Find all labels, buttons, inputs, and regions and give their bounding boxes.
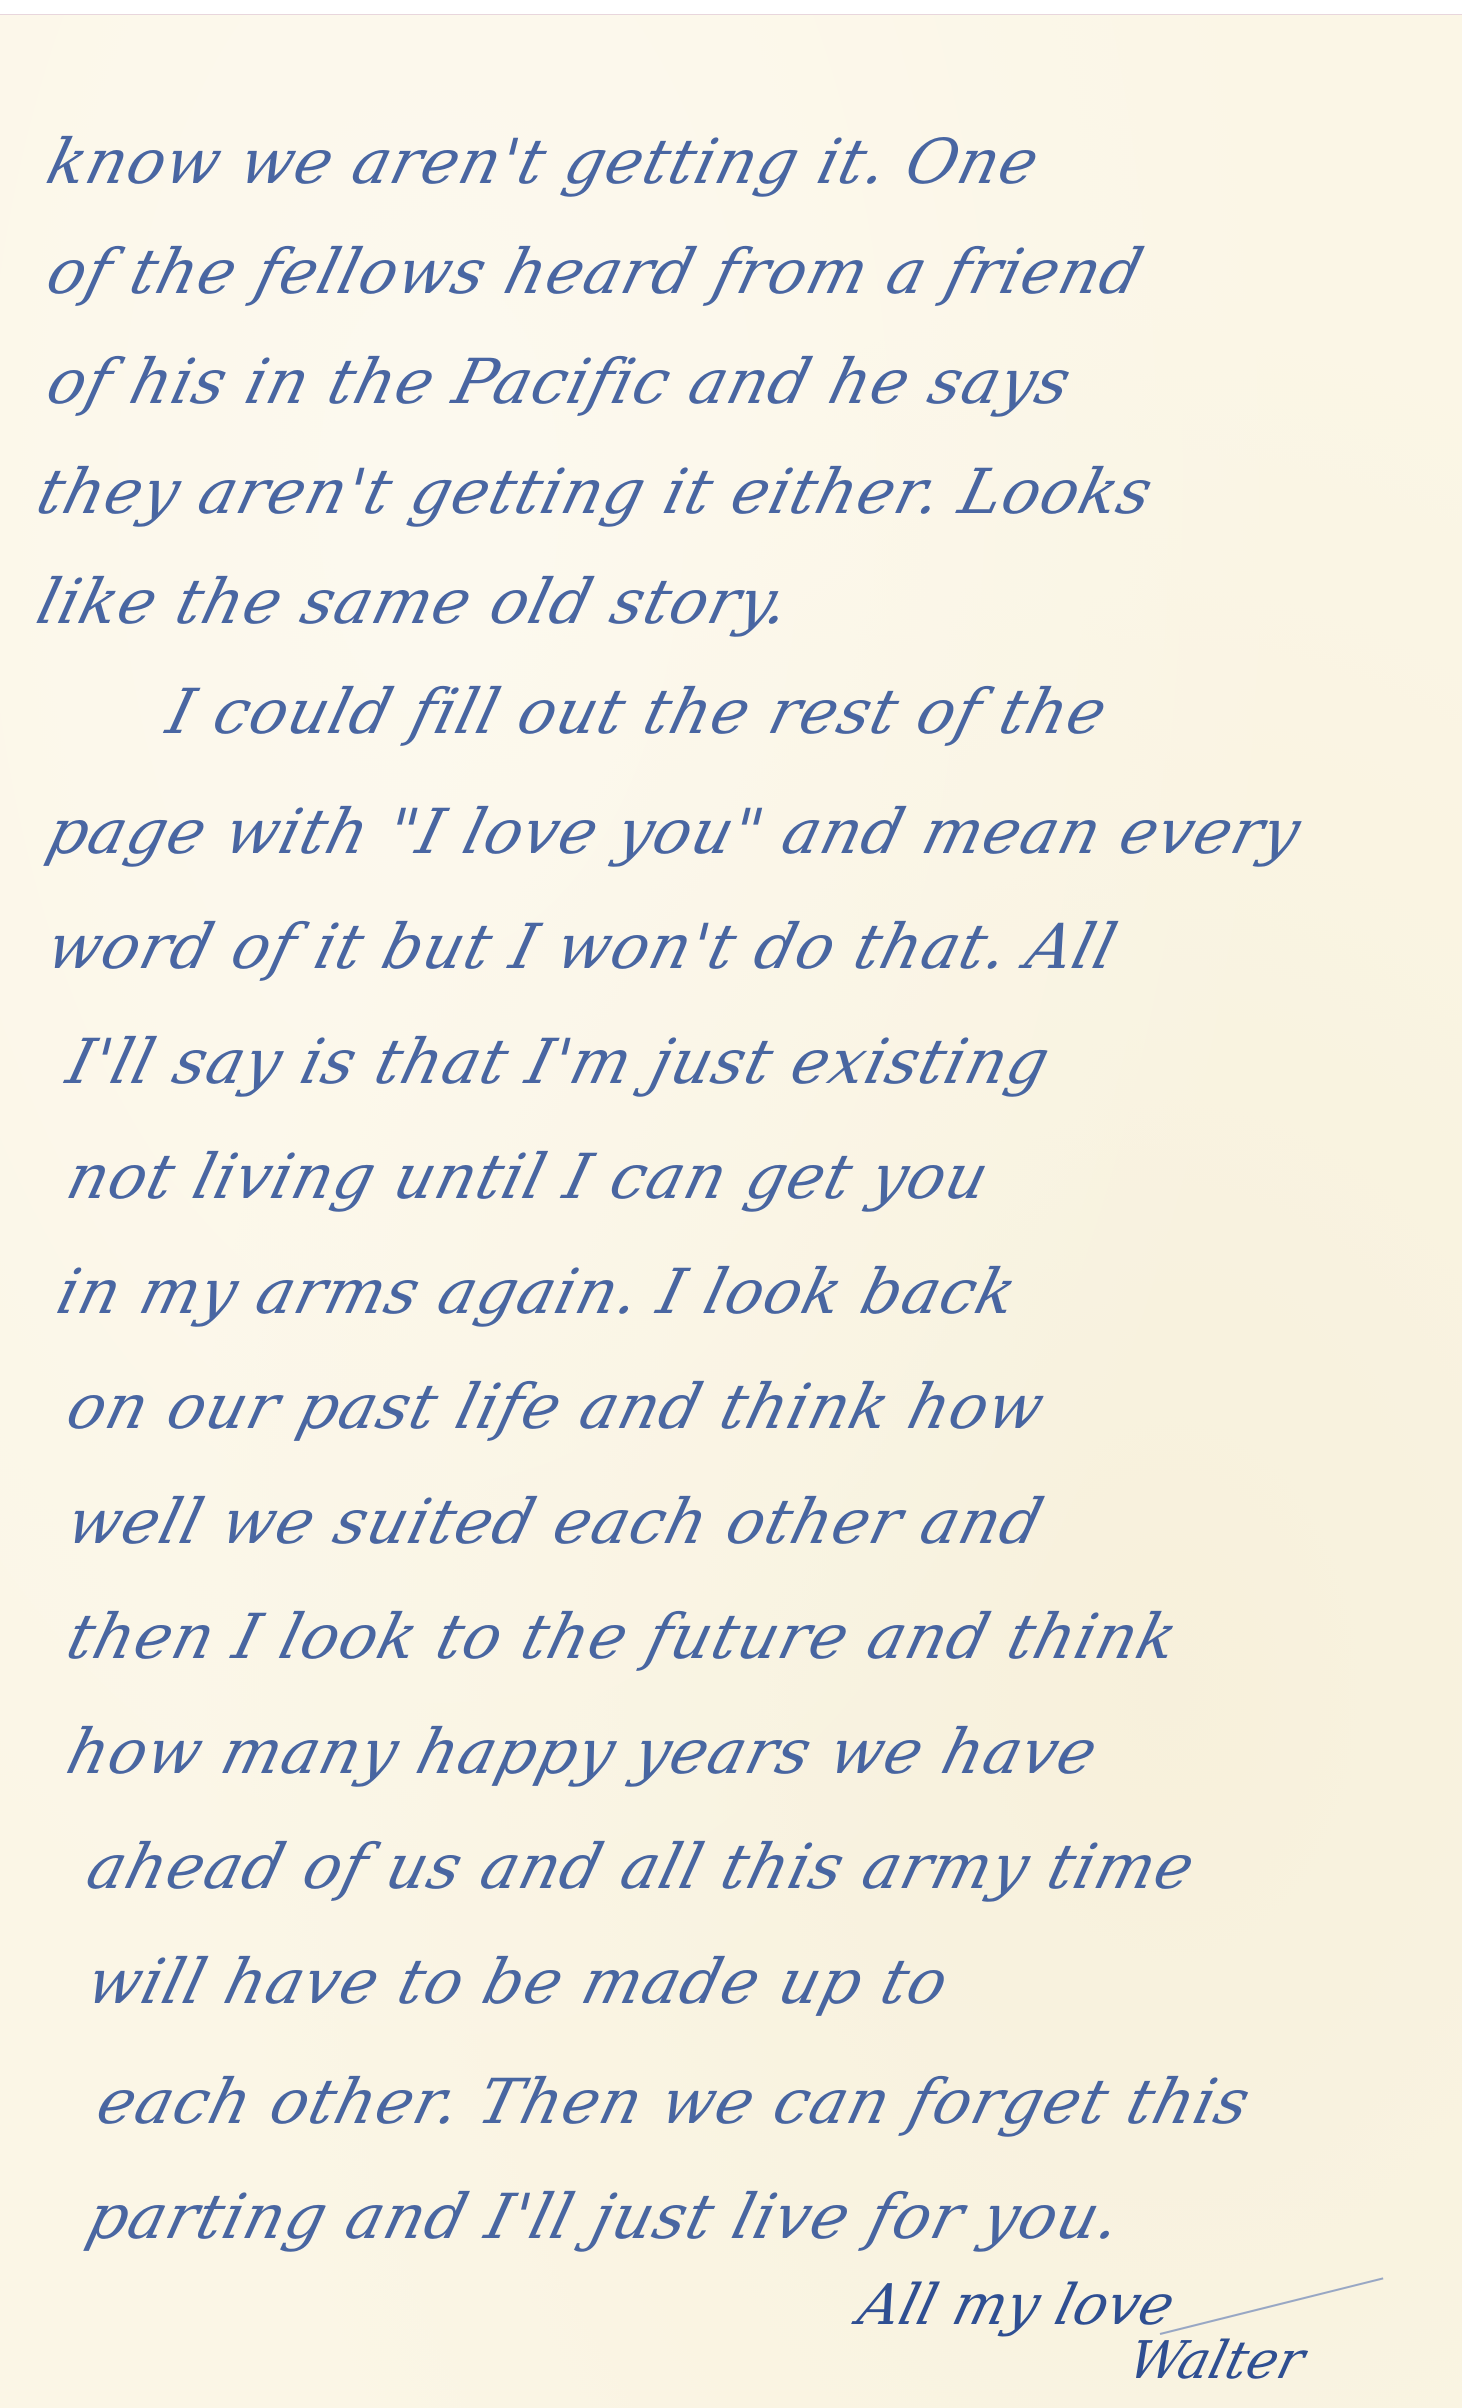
letter-line-12: on our past life and think how (60, 1370, 1052, 1443)
letter-line-5: like the same old story. (30, 565, 798, 638)
letter-line-11: in my arms again. I look back (50, 1255, 1025, 1328)
letter-line-6: I could fill out the rest of the (160, 675, 1115, 748)
letter-line-9: I'll say is that I'm just existing (60, 1025, 1058, 1098)
letter-line-8: word of it but I won't do that. All (40, 910, 1125, 983)
letter-line-18: each other. Then we can forget this (90, 2065, 1258, 2138)
scan-top-margin (0, 0, 1462, 14)
letter-page: know we aren't getting it. One of the fe… (0, 14, 1462, 2408)
letter-line-10: not living until I can get you (60, 1140, 997, 1213)
letter-line-2: of the fellows heard from a friend (40, 235, 1151, 308)
letter-line-3: of his in the Pacific and he says (40, 345, 1079, 418)
letter-line-7: page with "I love you" and mean every (40, 795, 1309, 868)
letter-line-1: know we aren't getting it. One (40, 125, 1047, 198)
closing-flourish (1160, 2277, 1384, 2335)
letter-line-15: how many happy years we have (60, 1715, 1106, 1788)
letter-line-19: parting and I'll just live for you. (80, 2180, 1129, 2253)
letter-closing: All my love (852, 2273, 1181, 2338)
letter-line-14: then I look to the future and think (60, 1600, 1186, 1673)
letter-line-16: ahead of us and all this army time (80, 1830, 1203, 1903)
letter-line-4: they aren't getting it either. Looks (30, 455, 1161, 528)
letter-signature: Walter (1123, 2331, 1311, 2391)
letter-line-17: will have to be made up to (80, 1945, 956, 2018)
letter-line-13: well we suited each other and (60, 1485, 1051, 1558)
